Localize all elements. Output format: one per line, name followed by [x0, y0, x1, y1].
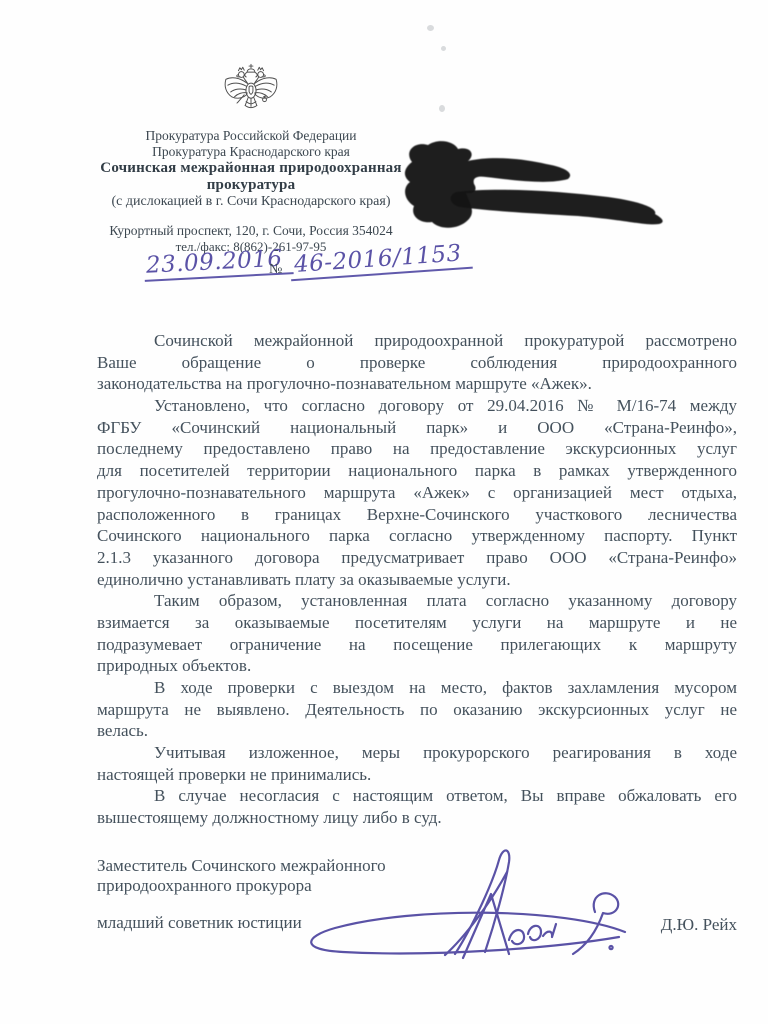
body-text-line: велась.	[97, 720, 737, 742]
number-sign: №	[269, 262, 282, 278]
body-text-line: Сочинского национального парка согласно …	[97, 525, 737, 547]
signature-block: Заместитель Сочинского межрайонного прир…	[97, 856, 737, 1016]
body-text-line: вышестоящему должностному лицу либо в су…	[97, 807, 737, 829]
scanned-letter-page: Прокуратура Российской Федерации Прокура…	[0, 0, 768, 1024]
letter-body: Сочинской межрайонной природоохранной пр…	[97, 330, 737, 829]
body-text-line: Учитывая изложенное, меры прокурорского …	[97, 742, 737, 764]
body-text-line: расположенного в границах Верхне-Сочинск…	[97, 504, 737, 526]
russia-coat-of-arms-icon	[222, 62, 280, 118]
body-text-line: последнему предоставлено право на предос…	[97, 438, 737, 460]
body-text-line: для посетителей территории национального…	[97, 460, 737, 482]
body-text-line: природных объектов.	[97, 655, 737, 677]
body-text-line: Сочинской межрайонной природоохранной пр…	[97, 330, 737, 352]
body-text-line: В случае несогласия с настоящим ответом,…	[97, 785, 737, 807]
redaction-smudge	[398, 136, 670, 232]
body-text-line: законодательства на прогулочно-познавате…	[97, 373, 737, 395]
signer-name: Д.Ю. Рейх	[661, 915, 737, 935]
body-text-line: В ходе проверки с выездом на место, факт…	[97, 677, 737, 699]
body-text-line: прогулочно-познавательного маршрута «Аже…	[97, 482, 737, 504]
body-text-line: ФГБУ «Сочинский национальный парк» и ООО…	[97, 417, 737, 439]
org-name-prosecutor-office-2: прокуратура	[60, 177, 442, 194]
org-name-prosecutor-office-1: Сочинская межрайонная природоохранная	[60, 160, 442, 177]
org-name-federation: Прокуратура Российской Федерации	[60, 128, 442, 144]
body-text-line: подразумевает ограничение на посещение п…	[97, 634, 737, 656]
scan-speck	[441, 46, 446, 51]
handwritten-signature	[295, 842, 655, 974]
body-text-line: 2.1.3 указанного договора предусматривае…	[97, 547, 737, 569]
scan-speck	[427, 25, 434, 31]
org-address: Курортный проспект, 120, г. Сочи, Россия…	[60, 223, 442, 239]
document-date-number-row: 23.09.2016 № 46-2016/1153	[60, 255, 442, 291]
org-name-krai: Прокуратура Краснодарского края	[60, 144, 442, 160]
body-text-line: Ваше обращение о проверке соблюдения при…	[97, 352, 737, 374]
signer-rank: младший советник юстиции	[97, 913, 302, 933]
body-text-line: Таким образом, установленная плата согла…	[97, 590, 737, 612]
body-text-line: настоящей проверки не принимались.	[97, 764, 737, 786]
body-text-line: единолично устанавливать плату за оказыв…	[97, 569, 737, 591]
body-text-line: взимается за оказываемые посетителям усл…	[97, 612, 737, 634]
body-text-line: маршрута не выявлено. Деятельность по ок…	[97, 699, 737, 721]
letterhead: Прокуратура Российской Федерации Прокура…	[60, 62, 442, 291]
scanner-edge-shadow	[0, 1004, 768, 1024]
org-location: (с дислокацией в г. Сочи Краснодарского …	[60, 193, 442, 210]
body-text-line: Установлено, что согласно договору от 29…	[97, 395, 737, 417]
